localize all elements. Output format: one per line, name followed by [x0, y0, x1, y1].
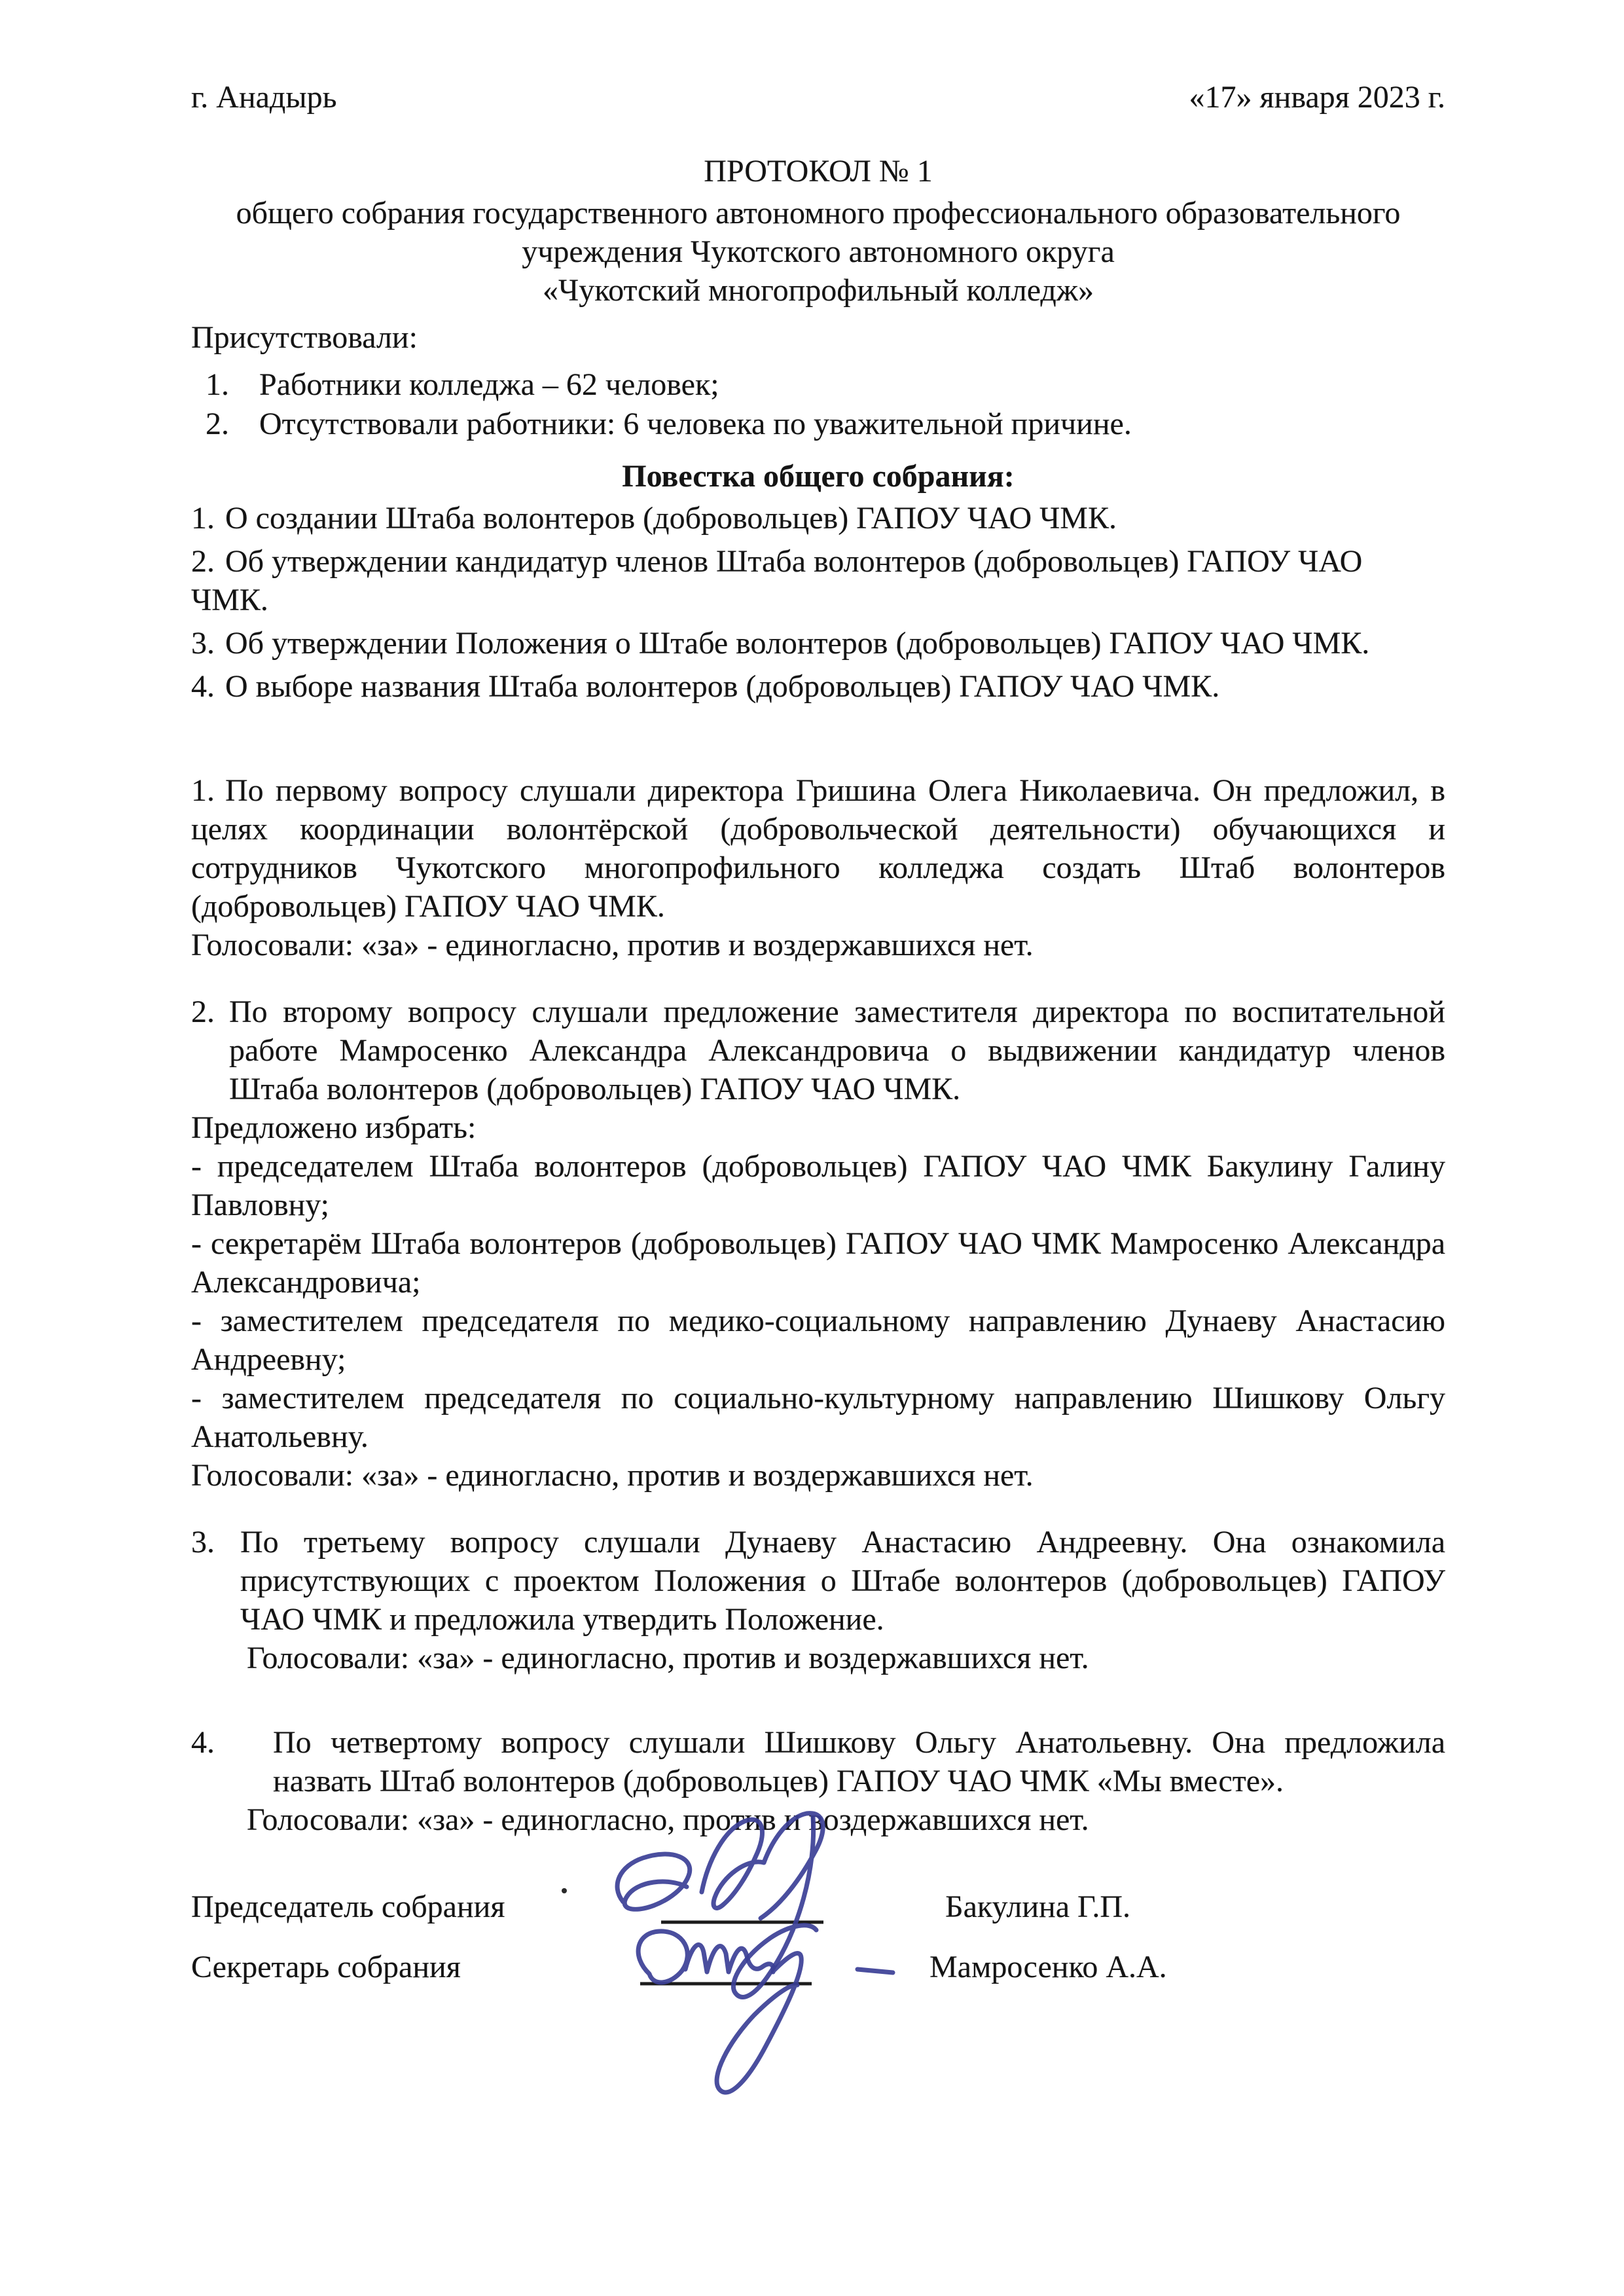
signature-block: Председатель собрания Бакулина Г.П. Секр…	[191, 1781, 1445, 2200]
attendees-list: 1. Работники колледжа – 62 человек; 2. О…	[191, 365, 1445, 443]
vote-result-line-1: Голосовали: «за» - единогласно, против и…	[191, 926, 1445, 964]
agenda-list: 1.О создании Штаба волонтеров (доброволь…	[191, 499, 1445, 706]
resolution-number: 4.	[191, 1723, 273, 1762]
ink-dot	[562, 1888, 567, 1893]
nominee-item-deputy-cultural: - заместителем председателя по социально…	[191, 1379, 1445, 1456]
agenda-item-3: 3.Об утверждении Положения о Штабе волон…	[191, 624, 1445, 663]
agenda-heading: Повестка общего собрания:	[191, 457, 1445, 496]
resolution-1-paragraph: 1.По первому вопросу слушали директора Г…	[191, 771, 1445, 926]
agenda-item-2: 2.Об утверждении кандидатур членов Штаба…	[191, 542, 1445, 619]
secretary-signature-ink	[638, 1931, 893, 2092]
subtitle-line-3: «Чукотский многопрофильный колледж»	[191, 271, 1445, 310]
city-label: г. Анадырь	[191, 78, 337, 117]
agenda-item-text: Об утверждении кандидатур членов Штаба в…	[191, 544, 1362, 617]
scanned-protocol-page: г. Анадырь «17» января 2023 г. ПРОТОКОЛ …	[0, 0, 1624, 2296]
resolution-2-paragraph: 2.По второму вопросу слушали предложение…	[191, 993, 1445, 1108]
nominee-item-deputy-medical: - заместителем председателя по медико-со…	[191, 1302, 1445, 1379]
signatures-overlay	[191, 1781, 1445, 2200]
signature-name-secretary: Мамросенко А.А.	[929, 1948, 1167, 1986]
agenda-item-number: 3.	[191, 626, 215, 661]
resolution-3-paragraph: 3.По третьему вопросу слушали Дунаеву Ан…	[191, 1523, 1445, 1639]
agenda-item-number: 4.	[191, 669, 215, 704]
attendee-item-2: 2. Отсутствовали работники: 6 человека п…	[191, 405, 1445, 443]
agenda-item-number: 2.	[191, 544, 215, 579]
agenda-item-text: О создании Штаба волонтеров (добровольце…	[225, 501, 1117, 536]
nominee-item-chairman: - председателем Штаба волонтеров (добров…	[191, 1147, 1445, 1224]
date-label: «17» января 2023 г.	[1189, 78, 1445, 117]
resolution-number: 1.	[191, 773, 215, 808]
resolution-number: 2.	[191, 993, 229, 1031]
agenda-item-4: 4.О выборе названия Штаба волонтеров (до…	[191, 667, 1445, 706]
agenda-item-text: Об утверждении Положения о Штабе волонте…	[225, 626, 1369, 661]
attendees-heading: Присутствовали:	[191, 318, 1445, 357]
attendee-item-text: Отсутствовали работники: 6 человека по у…	[259, 405, 1445, 443]
agenda-item-text: О выборе названия Штаба волонтеров (добр…	[225, 669, 1219, 704]
attendee-item-number: 1.	[206, 365, 259, 404]
document-header: г. Анадырь «17» января 2023 г.	[191, 78, 1445, 117]
agenda-item-number: 1.	[191, 501, 215, 536]
attendee-item-number: 2.	[206, 405, 259, 443]
signature-role-secretary: Секретарь собрания	[191, 1948, 461, 1986]
nominee-item-secretary: - секретарём Штаба волонтеров (доброволь…	[191, 1224, 1445, 1302]
resolution-text: По первому вопросу слушали директора Гри…	[191, 773, 1445, 924]
resolution-text: По второму вопросу слушали предложение з…	[229, 994, 1445, 1106]
protocol-title: ПРОТОКОЛ № 1	[191, 152, 1445, 191]
subtitle-line-2: учреждения Чукотского автономного округа	[191, 232, 1445, 271]
resolution-number: 3.	[191, 1523, 240, 1561]
attendee-item-text: Работники колледжа – 62 человек;	[259, 365, 1445, 404]
signature-role-chairman: Председатель собрания	[191, 1887, 505, 1926]
resolution-text: По третьему вопросу слушали Дунаеву Анас…	[240, 1525, 1445, 1637]
signature-name-chairman: Бакулина Г.П.	[945, 1887, 1130, 1926]
nominee-list: - председателем Штаба волонтеров (добров…	[191, 1147, 1445, 1456]
vote-result-line-2: Голосовали: «за» - единогласно, против и…	[191, 1456, 1445, 1495]
protocol-subtitle: общего собрания государственного автоном…	[191, 194, 1445, 310]
subtitle-line-1: общего собрания государственного автоном…	[191, 194, 1445, 232]
proposal-label: Предложено избрать:	[191, 1108, 1445, 1147]
vote-result-line-3: Голосовали: «за» - единогласно, против и…	[247, 1639, 1445, 1677]
attendee-item-1: 1. Работники колледжа – 62 человек;	[191, 365, 1445, 404]
agenda-item-1: 1.О создании Штаба волонтеров (доброволь…	[191, 499, 1445, 538]
